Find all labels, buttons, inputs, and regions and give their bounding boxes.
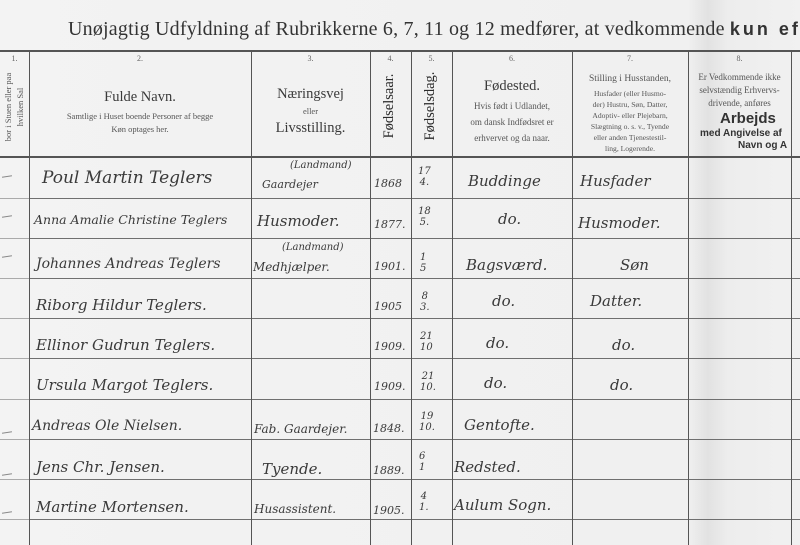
row-rule (0, 318, 29, 319)
occupation-note: (Landmand) (282, 242, 344, 253)
birth-year-cell: 1901. (374, 260, 406, 273)
birth-month: 5 (420, 263, 426, 274)
name-cell: Andreas Ole Nielsen. (32, 418, 182, 434)
row-rule (29, 238, 800, 239)
occupation-cell: Husmoder. (257, 212, 339, 230)
birth-day-cell: 1910. (419, 411, 435, 433)
row-rule (0, 399, 29, 400)
birth-year-cell: 1905. (373, 504, 405, 517)
header-bottom-rule (0, 156, 800, 158)
census-form-page: Unøjagtig Udfyldning af Rubrikkerne 6, 7… (0, 0, 800, 545)
column-rule (370, 50, 371, 545)
name-cell: Poul Martin Teglers (42, 168, 212, 188)
col8-sub2: selvstændig Erhvervs- (688, 84, 791, 97)
row-rule (29, 198, 800, 199)
col8-sub1: Er Vedkommende ikke (688, 71, 791, 84)
name-cell: Ursula Margot Teglers. (36, 376, 213, 394)
birthplace-cell: Gentofte. (464, 416, 535, 434)
margin-tick (2, 431, 12, 433)
occupation-cell: Husassistent. (254, 502, 336, 516)
birthplace-cell: do. (486, 334, 509, 352)
birthplace-cell: do. (498, 210, 521, 228)
row-rule (0, 479, 29, 480)
birthplace-cell: do. (492, 292, 515, 310)
row-rule (29, 439, 800, 440)
birth-month: 10. (419, 422, 435, 433)
col5-title: Fødselsdag. (422, 65, 442, 147)
col3-mid: eller (251, 105, 370, 118)
birth-day-cell: 2110. (420, 371, 436, 393)
birth-day: 6 (419, 451, 425, 462)
birth-day-cell: 2110 (420, 331, 433, 353)
birth-day-cell: 185. (418, 206, 431, 228)
name-cell: Ellinor Gudrun Teglers. (36, 336, 215, 354)
col7-sub1: Husfader (eller Husmo- (572, 88, 688, 99)
birth-day-cell: 61 (419, 451, 425, 473)
col4-title: Fødselsaar. (381, 65, 401, 147)
col2-number: 2. (29, 54, 251, 63)
occupation-cell: Gaardejer (262, 178, 318, 191)
col4-number: 4. (370, 54, 411, 63)
occupation-cell: Medhjælper. (253, 260, 330, 274)
name-cell: Johannes Andreas Teglers (36, 256, 221, 272)
col8-sub3: drivende, anføres (688, 97, 791, 110)
name-cell: Riborg Hildur Teglers. (36, 296, 207, 314)
birth-year-cell: 1905 (374, 300, 402, 313)
birth-day: 17 (418, 166, 431, 177)
header-top-rule (0, 50, 800, 52)
position-cell: Husmoder. (578, 214, 660, 232)
birth-day: 4 (421, 491, 427, 502)
occupation-note: (Landmand) (290, 160, 352, 171)
name-cell: Jens Chr. Jensen. (36, 458, 165, 476)
birth-day: 19 (421, 411, 434, 422)
birth-year-cell: 1868 (374, 177, 402, 190)
birth-day: 1 (420, 252, 426, 263)
birth-day-cell: 15 (420, 252, 426, 274)
margin-tick (2, 511, 12, 513)
title-main: Unøjagtig Udfyldning af Rubrikkerne 6, 7… (68, 18, 725, 40)
col3-title2: Livsstilling. (251, 120, 370, 137)
col7-sub4: Slægtning o. s. v., Tyende (572, 121, 688, 132)
occupation-cell: Tyende. (262, 460, 322, 478)
position-cell: Søn (620, 256, 649, 274)
birthplace-cell: do. (484, 374, 507, 392)
birth-month: 5. (420, 217, 430, 228)
row-rule (0, 238, 29, 239)
birth-month: 10 (420, 342, 433, 353)
row-rule (0, 278, 29, 279)
column-rule (411, 50, 412, 545)
margin-tick (2, 175, 12, 177)
position-cell: do. (612, 336, 635, 354)
col2-sub1: Samtlige i Huset boende Personer af begg… (29, 110, 251, 123)
row-rule (0, 358, 29, 359)
position-cell: do. (610, 376, 633, 394)
birth-day-cell: 41. (419, 491, 429, 513)
title-tail: kun efter (730, 19, 800, 39)
birth-month: 3. (420, 302, 430, 313)
birth-month: 1. (419, 502, 429, 513)
birth-day: 18 (418, 206, 431, 217)
col2-title: Fulde Navn. (29, 89, 251, 106)
col7-number: 7. (572, 54, 688, 63)
birthplace-cell: Buddinge (468, 172, 541, 190)
col5-number: 5. (411, 54, 452, 63)
birth-day-cell: 83. (420, 291, 430, 313)
row-rule (0, 439, 29, 440)
row-rule (29, 399, 800, 400)
name-cell: Anna Amalie Christine Teglers (34, 212, 227, 227)
col6-sub1: Hvis født i Udlandet, (452, 98, 572, 114)
birthplace-cell: Redsted. (454, 458, 521, 476)
row-rule (0, 519, 29, 520)
col8-title: Arbejds (720, 110, 800, 127)
row-rule (29, 358, 800, 359)
col6-title: Fødested. (452, 78, 572, 95)
birth-day: 21 (420, 331, 433, 342)
form-instruction-title: Unøjagtig Udfyldning af Rubrikkerne 6, 7… (68, 18, 800, 41)
name-cell: Martine Mortensen. (36, 498, 189, 516)
col3-number: 3. (251, 54, 370, 63)
birth-month: 1 (419, 462, 425, 473)
col2-sub2: Køn optages her. (29, 123, 251, 136)
col6-sub2: om dansk Indfødsret er (452, 114, 572, 130)
position-cell: Datter. (590, 292, 642, 310)
col6-number: 6. (452, 54, 572, 63)
col8-sub5: Navn og A (738, 140, 800, 151)
col6-sub3: erhvervet og da naar. (452, 130, 572, 146)
col7-sub3: Adoptiv- eller Plejebarn, (572, 110, 688, 121)
birth-month: 10. (420, 382, 436, 393)
row-rule (0, 198, 29, 199)
row-rule (29, 318, 800, 319)
birth-month: 4. (420, 177, 430, 188)
margin-tick (2, 255, 12, 257)
birth-year-cell: 1909. (374, 380, 406, 393)
occupation-cell: Fab. Gaardejer. (254, 422, 347, 436)
col1-header: bor i Stuen eller paa hvilken Sal (2, 60, 28, 154)
column-rule (688, 50, 689, 545)
col7-sub2: der) Hustru, Søn, Datter, (572, 99, 688, 110)
col7-sub6: ling, Logerende. (572, 143, 688, 154)
row-rule (29, 278, 800, 279)
birth-day-cell: 174. (418, 166, 431, 188)
birth-day: 8 (422, 291, 428, 302)
col7-title: Stilling i Husstanden, (572, 73, 688, 86)
birthplace-cell: Bagsværd. (466, 256, 547, 274)
col3-title1: Næringsvej (251, 86, 370, 103)
row-rule (29, 479, 800, 480)
birth-year-cell: 1877. (374, 218, 406, 231)
margin-tick (2, 215, 12, 217)
birthplace-cell: Aulum Sogn. (454, 496, 551, 514)
birth-year-cell: 1848. (373, 422, 405, 435)
col8-sub4: med Angivelse af (700, 128, 800, 139)
col8-number: 8. (688, 54, 791, 63)
position-cell: Husfader (580, 172, 651, 190)
row-rule (29, 519, 800, 520)
birth-year-cell: 1909. (374, 340, 406, 353)
margin-tick (2, 473, 12, 475)
birth-year-cell: 1889. (373, 464, 405, 477)
col7-sub5: eller anden Tjenestestil- (572, 132, 688, 143)
birth-day: 21 (422, 371, 435, 382)
